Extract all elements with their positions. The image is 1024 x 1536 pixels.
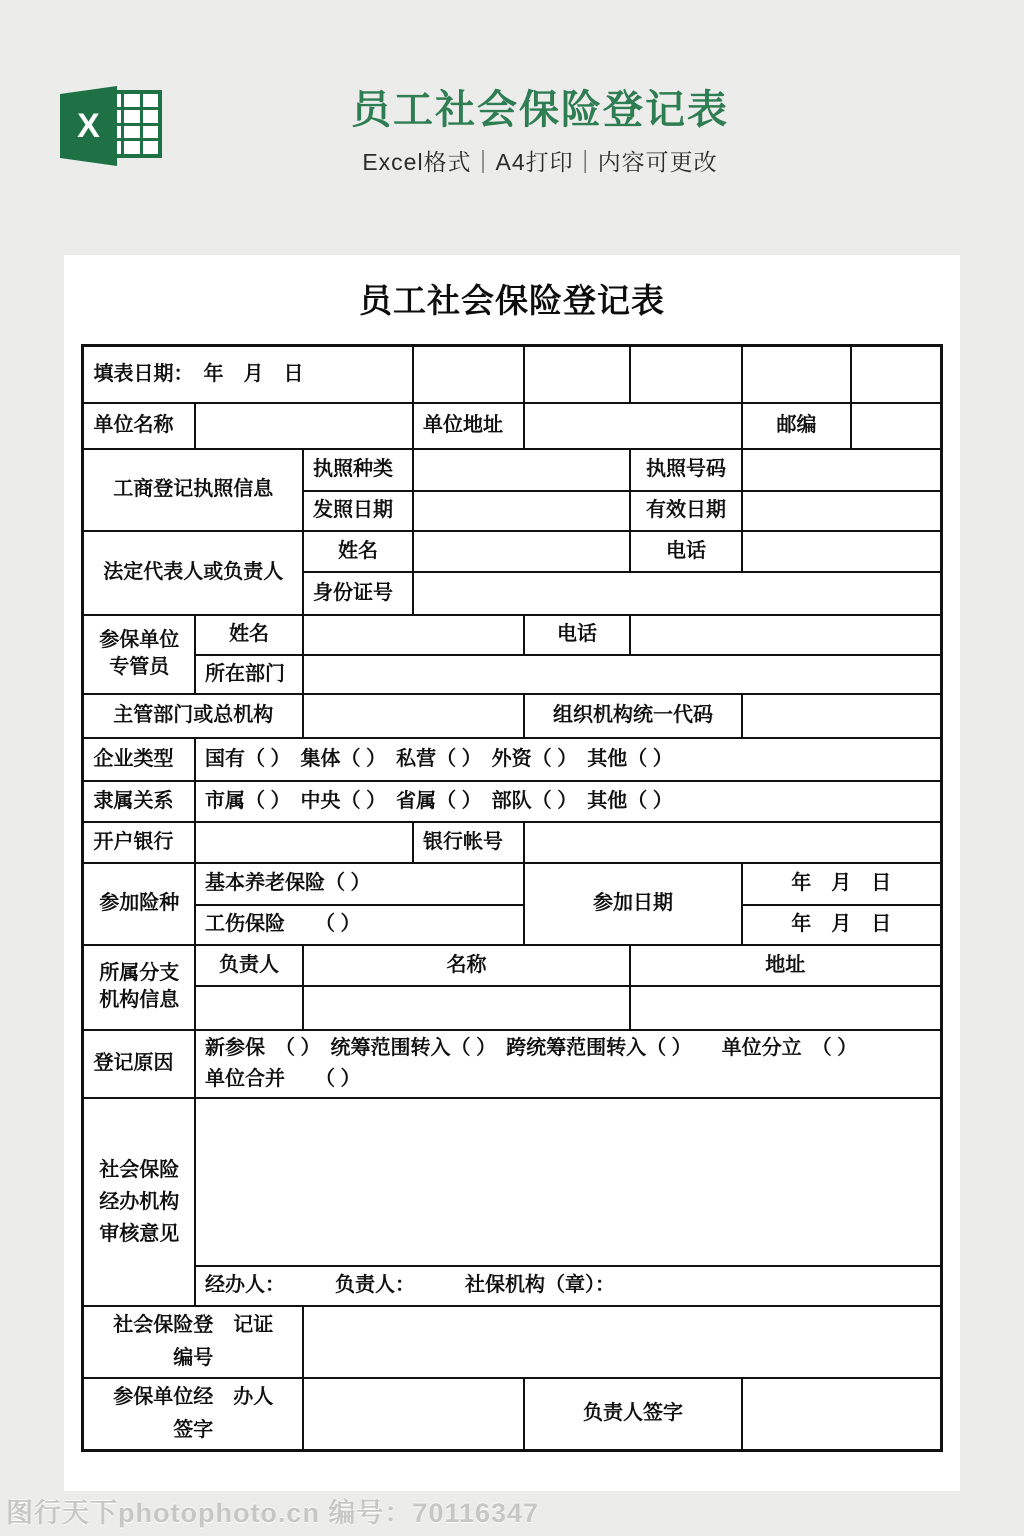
excel-logo-icon: X <box>60 86 162 166</box>
license-type-label: 执照种类 <box>303 449 413 491</box>
department-input-cell <box>303 655 941 694</box>
registration-form-table: 填表日期： 年 月 日 单位名称 单位地址 邮编 工商登记执照信息 执照种类 执… <box>81 344 942 1452</box>
specialist-name-input-cell <box>303 615 524 655</box>
license-number-label: 执照号码 <box>630 449 742 491</box>
rep-phone-input-cell <box>742 531 941 572</box>
org-code-label: 组织机构统一代码 <box>524 694 742 738</box>
review-comments-cell <box>195 1098 941 1266</box>
branch-info-label: 所属分支 机构信息 <box>83 945 195 1030</box>
branch-name-label: 名称 <box>303 945 630 986</box>
agency-review-label: 社会保险 经办机构 审核意见 <box>83 1098 195 1306</box>
branch-manager-input-cell <box>195 986 303 1030</box>
business-license-info-label: 工商登记执照信息 <box>83 449 303 531</box>
id-number-input-cell <box>413 572 941 615</box>
license-number-input-cell <box>742 449 941 491</box>
register-reason-label: 登记原因 <box>83 1030 195 1098</box>
postal-code-input-cell <box>851 403 941 449</box>
specialist-phone-label: 电话 <box>524 615 630 655</box>
org-code-input-cell <box>742 694 941 738</box>
license-type-input-cell <box>413 449 630 491</box>
form-title: 员工社会保险登记表 <box>64 277 960 325</box>
registration-cert-no-label: 社会保险登 记证 编号 <box>83 1306 303 1378</box>
branch-manager-label: 负责人 <box>195 945 303 986</box>
excel-x-letter: X <box>77 109 100 143</box>
issue-date-label: 发照日期 <box>303 491 413 531</box>
bank-input-cell <box>195 822 413 863</box>
unit-name-input-cell <box>195 403 413 449</box>
unit-agent-signature-label: 参保单位经 办人 签字 <box>83 1378 303 1451</box>
cert-no-input-cell <box>303 1306 941 1378</box>
affiliation-options: 市属（ ） 中央（ ） 省属（ ） 部队（ ） 其他（ ） <box>195 781 941 822</box>
fill-date-extra-cell-2 <box>524 346 630 403</box>
fill-date-extra-cell-4 <box>742 346 851 403</box>
fill-date-label: 填表日期： 年 月 日 <box>83 346 413 403</box>
page-title: 员工社会保险登记表 <box>162 88 918 132</box>
register-reason-options: 新参保 （ ） 统筹范围转入（ ） 跨统筹范围转入（ ） 单位分立 （ ） 单位… <box>195 1030 941 1098</box>
page-header: X 员工社会保险登记表 Excel格式｜A4打印｜内容可更改 <box>60 86 964 177</box>
page-subtitle: Excel格式｜A4打印｜内容可更改 <box>162 144 918 177</box>
form-preview-card: 员工社会保险登记表 填表日期： 年 月 日 单位名称 单位地址 邮编 <box>64 255 960 1491</box>
page: X 员工社会保险登记表 Excel格式｜A4打印｜内容可更改 员工社会保险登记表… <box>0 0 1024 1536</box>
fill-date-extra-cell-3 <box>630 346 742 403</box>
insurance-types-label: 参加险种 <box>83 863 195 945</box>
unit-specialist-label: 参保单位 专管员 <box>83 615 195 694</box>
pension-insurance-option: 基本养老保险（ ） <box>195 863 524 905</box>
join-date-label: 参加日期 <box>524 863 742 945</box>
unit-name-label: 单位名称 <box>83 403 195 449</box>
manager-signature-label: 负责人签字 <box>524 1378 742 1451</box>
rep-name-input-cell <box>413 531 630 572</box>
agency-signatures-label: 经办人： 负责人： 社保机构（章）： <box>195 1266 941 1306</box>
enterprise-type-label: 企业类型 <box>83 738 195 781</box>
bank-account-input-cell <box>524 822 941 863</box>
issue-date-input-cell <box>413 491 630 531</box>
bank-label: 开户银行 <box>83 822 195 863</box>
join-date-ymd-1: 年 月 日 <box>742 863 941 905</box>
unit-address-input-cell <box>524 403 742 449</box>
affiliation-label: 隶属关系 <box>83 781 195 822</box>
supervisor-org-label: 主管部门或总机构 <box>83 694 303 738</box>
enterprise-type-options: 国有（ ） 集体（ ） 私营（ ） 外资（ ） 其他（ ） <box>195 738 941 781</box>
valid-date-label: 有效日期 <box>630 491 742 531</box>
fill-date-extra-cell-1 <box>413 346 524 403</box>
manager-signature-input-cell <box>742 1378 941 1451</box>
branch-address-input-cell <box>630 986 941 1030</box>
watermark-text: 图行天下photophoto.cn 编号：70116347 <box>6 1491 539 1530</box>
unit-address-label: 单位地址 <box>413 403 524 449</box>
header-text-block: 员工社会保险登记表 Excel格式｜A4打印｜内容可更改 <box>162 86 964 177</box>
bank-account-label: 银行帐号 <box>413 822 524 863</box>
postal-code-label: 邮编 <box>742 403 851 449</box>
department-label: 所在部门 <box>195 655 303 694</box>
branch-address-label: 地址 <box>630 945 941 986</box>
rep-name-label: 姓名 <box>303 531 413 572</box>
specialist-phone-input-cell <box>630 615 941 655</box>
agent-signature-input-cell <box>303 1378 524 1451</box>
supervisor-org-input-cell <box>303 694 524 738</box>
rep-phone-label: 电话 <box>630 531 742 572</box>
join-date-ymd-2: 年 月 日 <box>742 905 941 945</box>
branch-name-input-cell <box>303 986 630 1030</box>
injury-insurance-option: 工伤保险 （ ） <box>195 905 524 945</box>
specialist-name-label: 姓名 <box>195 615 303 655</box>
id-number-label: 身份证号 <box>303 572 413 615</box>
legal-representative-label: 法定代表人或负责人 <box>83 531 303 615</box>
fill-date-extra-cell-5 <box>851 346 941 403</box>
valid-date-input-cell <box>742 491 941 531</box>
excel-x-cover: X <box>60 86 117 166</box>
